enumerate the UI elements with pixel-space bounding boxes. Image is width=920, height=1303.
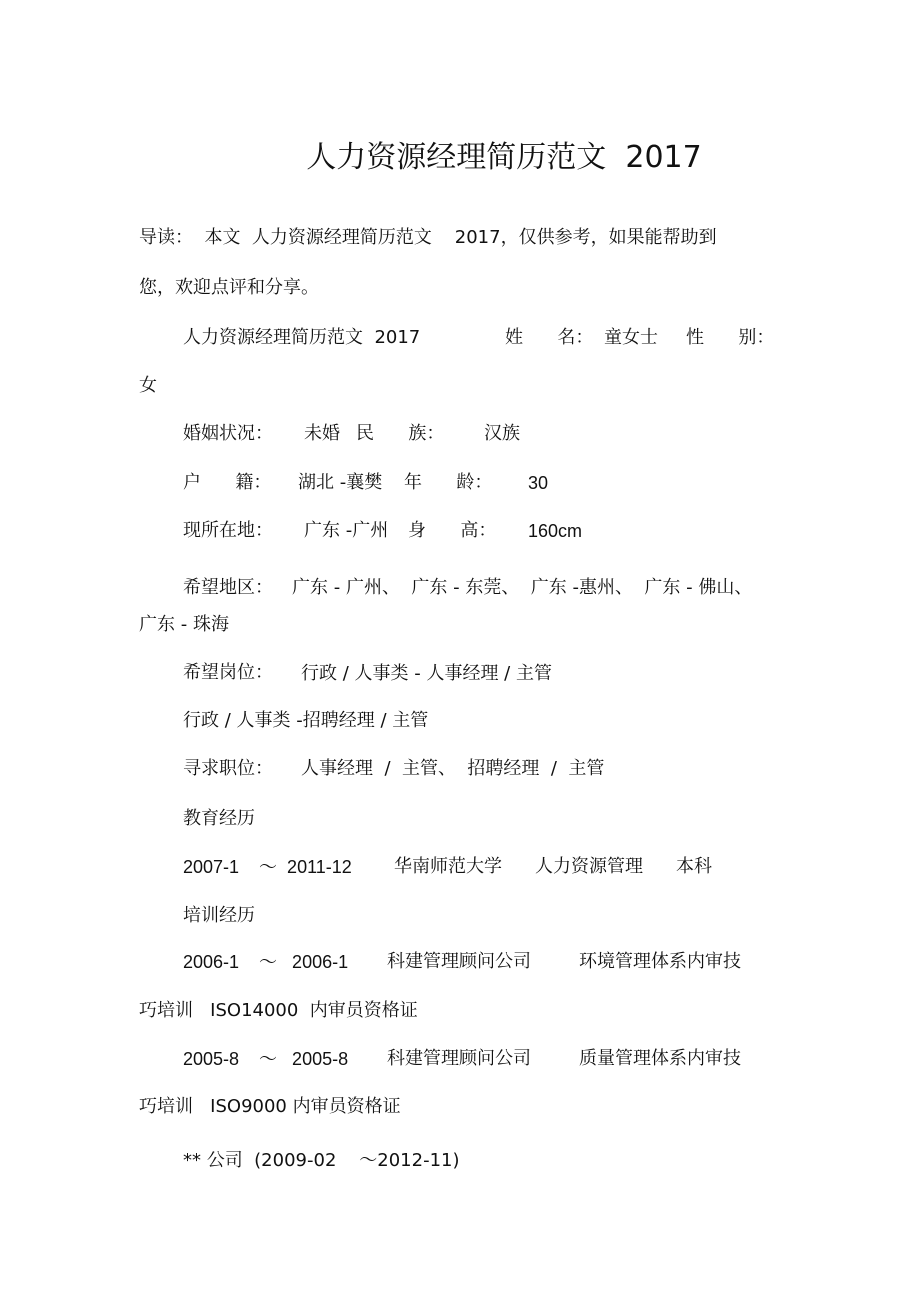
desired-areas-line-2: 广东 - 珠海 (139, 613, 229, 637)
desired-areas-line-1: 广东 - 广州、 广东 - 东莞、 广东 -惠州、 广东 - 佛山、 (292, 576, 752, 600)
intro-line-1: 导读： 本文 人力资源经理简历范文 2017，仅供参考，如果能帮助到 (139, 226, 717, 250)
age-label: 年 龄： (404, 471, 492, 495)
training-1-course-line-2: 巧培训 ISO14000 内审员资格证 (139, 999, 418, 1023)
height-value: 160cm (528, 519, 582, 543)
training-2-course-line-1: 质量管理体系内审技 (579, 1047, 741, 1071)
seeking-label: 寻求职位： (183, 757, 273, 781)
seeking-value: 人事经理 / 主管、 招聘经理 / 主管 (301, 757, 604, 781)
education-heading: 教育经历 (183, 807, 255, 831)
gender-value: 女 (139, 374, 157, 398)
age-value: 30 (528, 471, 548, 495)
intro-line-2: 您，欢迎点评和分享。 (139, 276, 319, 300)
training-2-course-line-2: 巧培训 ISO9000 内审员资格证 (139, 1095, 401, 1119)
training-1-org: 科建管理顾问公司 (387, 950, 531, 974)
training-2-org: 科建管理顾问公司 (387, 1047, 531, 1071)
gender-label-text: 性 别： (686, 327, 774, 348)
hukou-label: 户 籍： (183, 471, 271, 495)
training-1-period: 2006-1 ～ 2006-1 (183, 950, 348, 974)
training-2-period: 2005-8 ～ 2005-8 (183, 1047, 348, 1071)
gender-label: 性 别： (686, 326, 774, 350)
name-label: 姓 名： (505, 326, 593, 350)
hukou-value: 湖北 -襄樊 (298, 471, 382, 495)
training-heading: 培训经历 (183, 904, 255, 928)
marital-value: 未婚 (304, 422, 340, 446)
education-degree: 本科 (676, 855, 712, 879)
name-value: 童女士 (604, 326, 658, 350)
education-major: 人力资源管理 (535, 855, 643, 879)
location-label: 现所在地： (183, 519, 273, 543)
desired-positions-value-2: 行政 / 人事类 -招聘经理 / 主管 (183, 709, 428, 733)
height-label: 身 高： (408, 519, 496, 543)
education-period: 2007-1 ～ 2011-12 (183, 855, 352, 879)
desired-areas-label: 希望地区： (183, 576, 273, 600)
doc-name-label: 人力资源经理简历范文 2017 (183, 326, 420, 350)
work-company-line: ** 公司 (2009-02 ～2012-11) (183, 1149, 460, 1173)
page-title: 人力资源经理简历范文 2017 (0, 138, 920, 178)
desired-positions-label: 希望岗位： (183, 661, 273, 685)
marital-label: 婚姻状况： (183, 422, 273, 446)
location-value: 广东 -广州 (304, 519, 388, 543)
training-1-course-line-1: 环境管理体系内审技 (579, 950, 741, 974)
education-school: 华南师范大学 (394, 855, 502, 879)
ethnic-value: 汉族 (484, 422, 520, 446)
ethnic-label: 民 族： (356, 422, 444, 446)
desired-positions-value-1: 行政 / 人事类 - 人事经理 / 主管 (301, 662, 552, 686)
